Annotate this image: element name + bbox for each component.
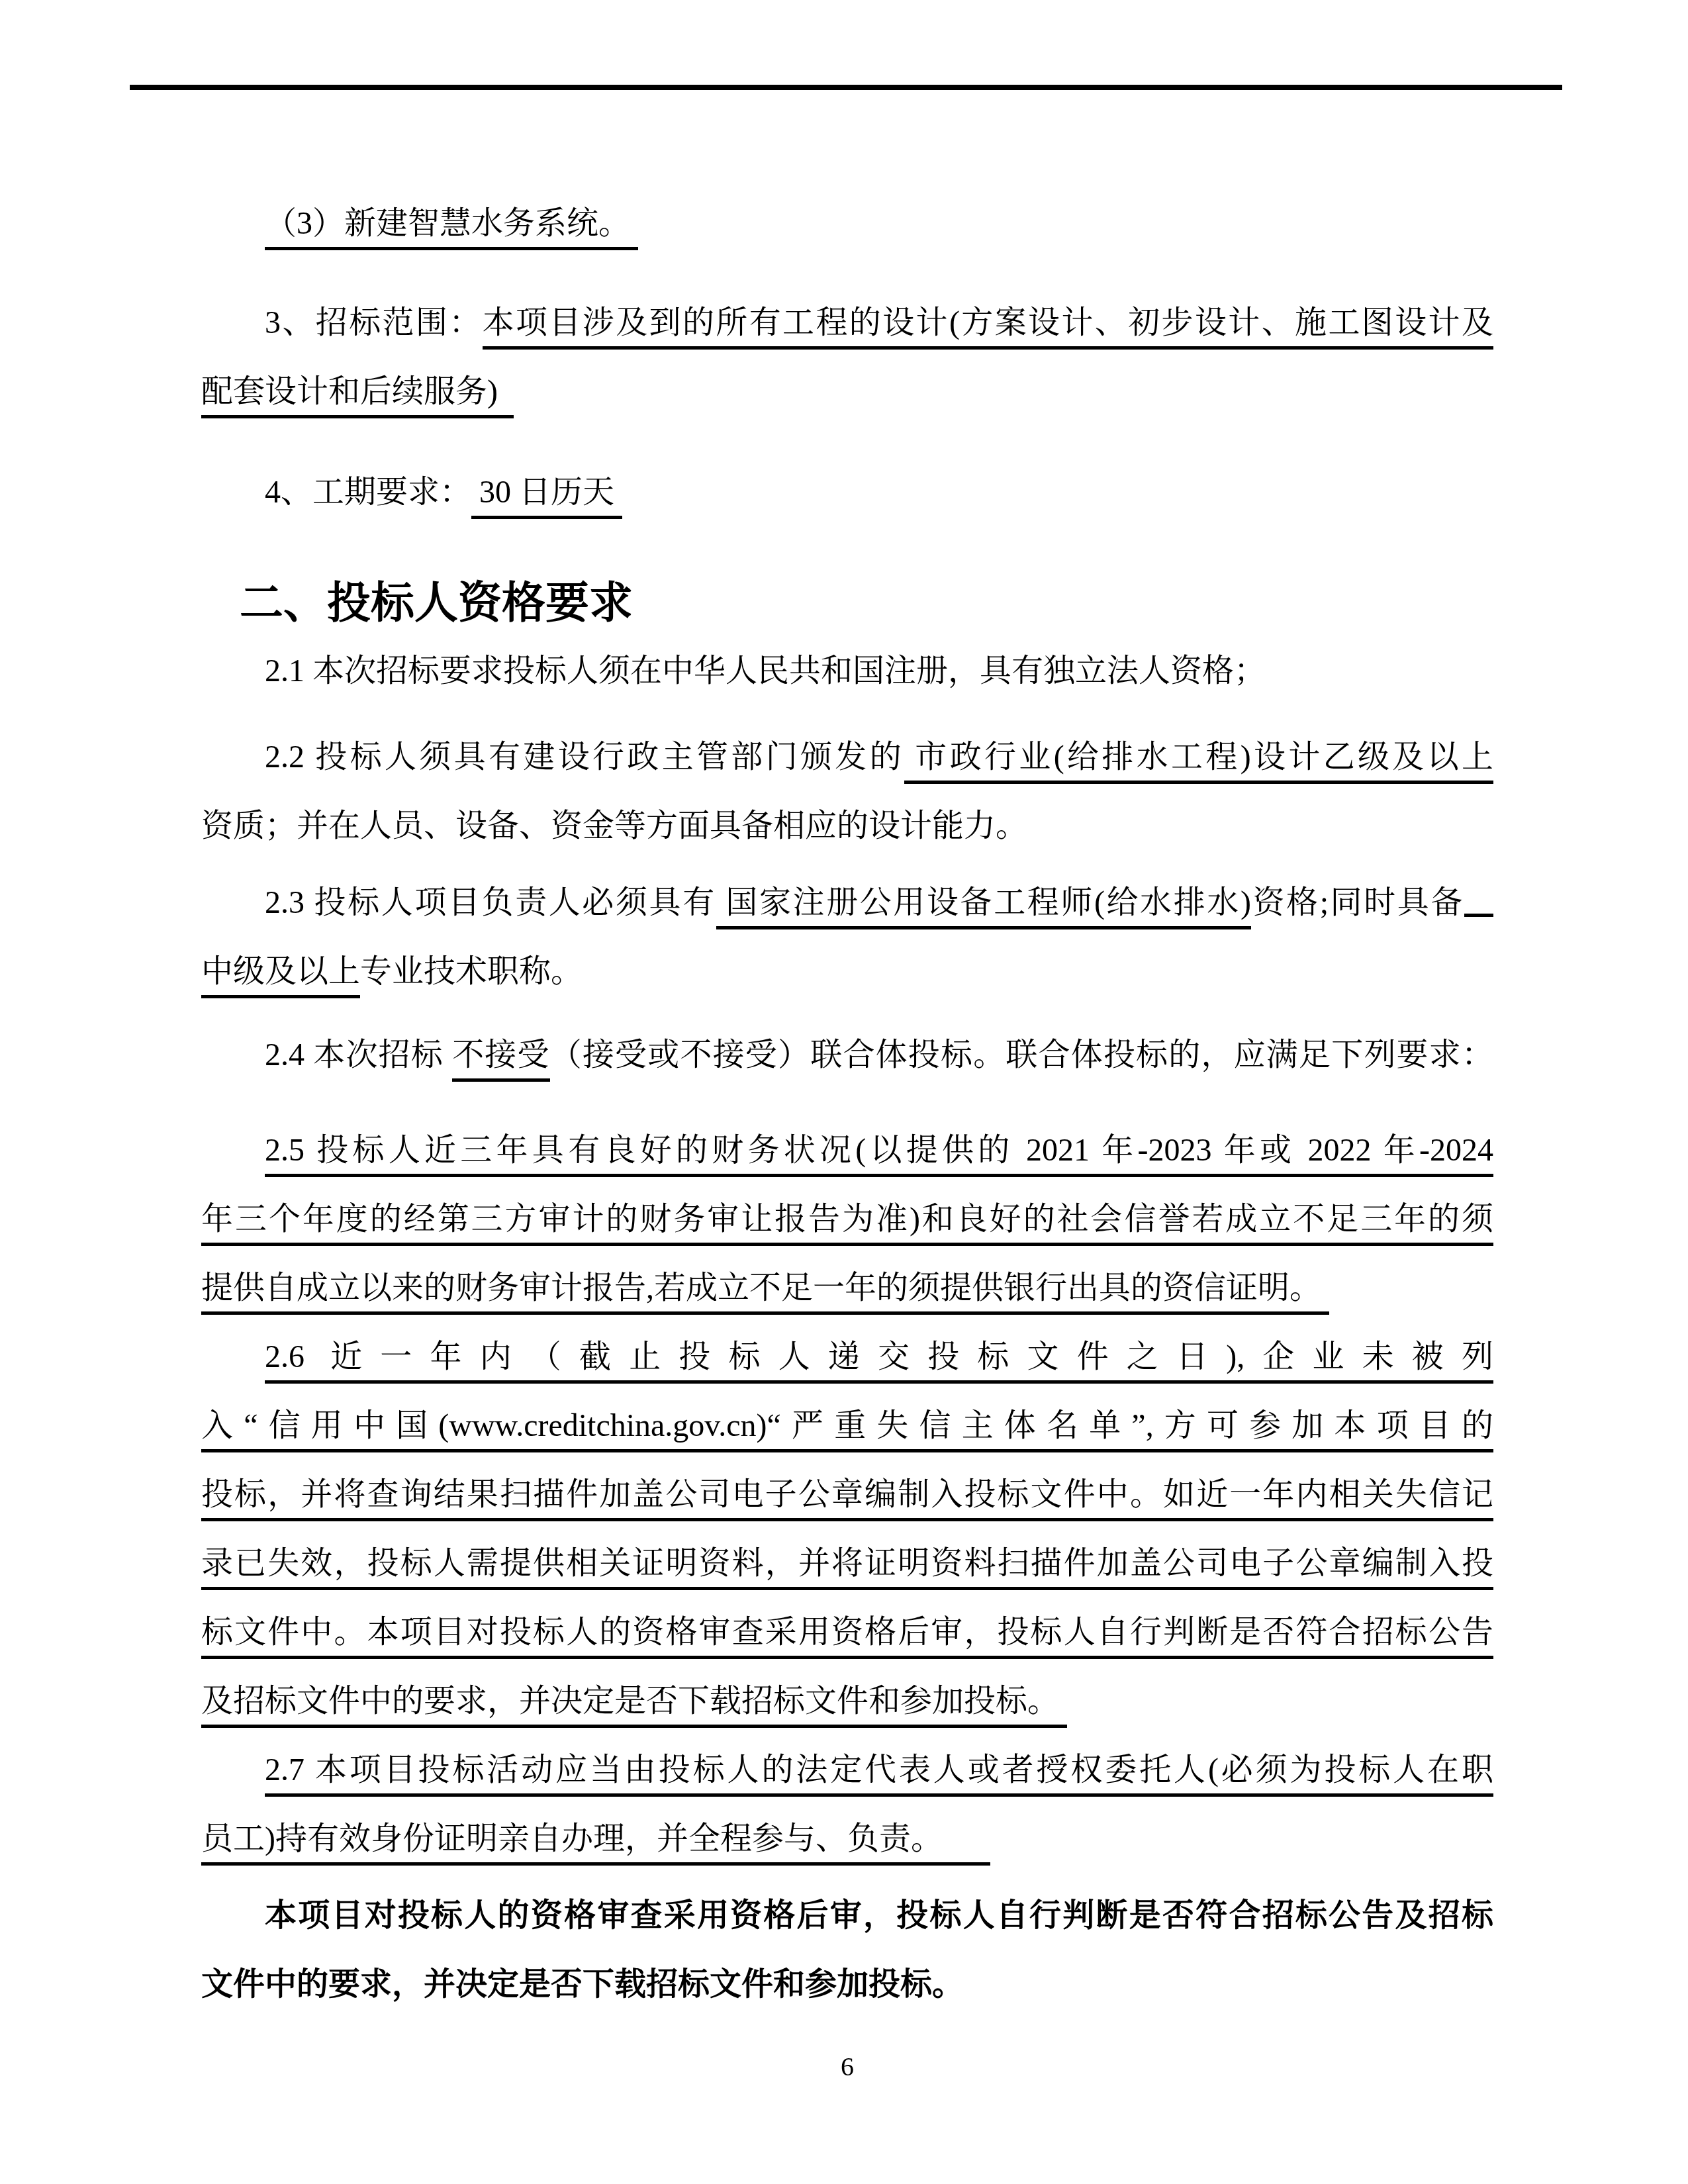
- clause-2-5-line1: 2.5 投标人近三年具有良好的财务状况(以提供的 2021 年-2023 年或 …: [201, 1116, 1493, 1185]
- underlined-text: 市政行业(给排水工程)设计乙级及以上: [904, 739, 1493, 784]
- underlined-text: 2.5 投标人近三年具有良好的财务状况(以提供的 2021 年-2023 年或 …: [265, 1133, 1493, 1177]
- clause-2-1: 2.1 本次招标要求投标人须在中华人民共和国注册，具有独立法人资格；: [201, 637, 1493, 706]
- underlined-text: 国家注册公用设备工程师(给水排水): [716, 885, 1251, 929]
- clause-2-7-line1: 2.7 本项目投标活动应当由投标人的法定代表人或者授权委托人(必须为投标人在职: [201, 1736, 1493, 1805]
- document-body: （3）新建智慧水务系统。 3、招标范围：本项目涉及到的所有工程的设计(方案设计、…: [201, 189, 1493, 2084]
- clause-2-2-line2: 资质；并在人员、设备、资金等方面具备相应的设计能力。: [201, 792, 1493, 861]
- underlined-text: 年三个年度的经第三方审计的财务审让报告为准)和良好的社会信誉若成立不足三年的须: [201, 1202, 1493, 1246]
- clause-2-6-line6: 及招标文件中的要求，并决定是否下载招标文件和参加投标。: [201, 1667, 1493, 1736]
- plain-text: 2.3 投标人项目负责人必须具有: [265, 885, 716, 920]
- plain-text: 资格;同时具备: [1251, 885, 1464, 920]
- plain-text: 2.2 投标人须具有建设行政主管部门颁发的: [265, 739, 904, 775]
- document-page: （3）新建智慧水务系统。 3、招标范围：本项目涉及到的所有工程的设计(方案设计、…: [0, 0, 1688, 2184]
- plain-text: 2.4 本次招标: [265, 1037, 452, 1072]
- underlined-text: 中级及以上: [201, 954, 360, 998]
- underlined-text: 本项目涉及到的所有工程的设计(方案设计、初步设计、施工图设计及: [483, 305, 1493, 350]
- clause-2-6-line2: 入“信用中国(www.creditchina.gov.cn)“严重失信主体名单”…: [201, 1392, 1493, 1460]
- underlined-text: 30 日历天: [471, 475, 622, 519]
- underlined-text: 2.7 本项目投标活动应当由投标人的法定代表人或者授权委托人(必须为投标人在职: [265, 1752, 1493, 1797]
- clause-2-4: 2.4 本次招标 不接受（接受或不接受）联合体投标。联合体投标的，应满足下列要求…: [201, 1021, 1493, 1090]
- clause-2-3-line2: 中级及以上专业技术职称。: [201, 937, 1493, 1006]
- fill-in-blank: [1464, 887, 1493, 917]
- clause-2-5-line2: 年三个年度的经第三方审计的财务审让报告为准)和良好的社会信誉若成立不足三年的须: [201, 1185, 1493, 1254]
- underlined-text: 2.6 近一年内（截止投标人递交投标文件之日),企业未被列: [265, 1339, 1493, 1384]
- header-rule: [130, 85, 1562, 90]
- underlined-text: 配套设计和后续服务): [201, 374, 514, 418]
- underlined-text: 不接受: [452, 1037, 550, 1082]
- clause-2-6-line5: 标文件中。本项目对投标人的资格审查采用资格后审，投标人自行判断是否符合招标公告: [201, 1598, 1493, 1667]
- qualification-note-line2: 文件中的要求，并决定是否下载招标文件和参加投标。: [201, 1950, 1493, 2019]
- section-2-heading: 二、投标人资格要求: [201, 571, 1493, 637]
- clause-2-3-line1: 2.3 投标人项目负责人必须具有 国家注册公用设备工程师(给水排水)资格;同时具…: [201, 869, 1493, 937]
- clause-2-5-line3: 提供自成立以来的财务审计报告,若成立不足一年的须提供银行出具的资信证明。: [201, 1254, 1493, 1323]
- clause-2-2-line1: 2.2 投标人须具有建设行政主管部门颁发的 市政行业(给排水工程)设计乙级及以上: [201, 723, 1493, 792]
- underlined-text: 录已失效，投标人需提供相关证明资料，并将证明资料扫描件加盖公司电子公章编制入投: [201, 1546, 1493, 1590]
- plain-text: 专业技术职称。: [360, 954, 583, 989]
- clause-3-scope-line2: 配套设计和后续服务): [201, 357, 1493, 426]
- qualification-note-line1: 本项目对投标人的资格审查采用资格后审，投标人自行判断是否符合招标公告及招标: [201, 1881, 1493, 1950]
- underlined-text: 入“信用中国(www.creditchina.gov.cn)“严重失信主体名单”…: [201, 1408, 1493, 1452]
- plain-text: （接受或不接受）联合体投标。联合体投标的，应满足下列要求：: [550, 1037, 1493, 1072]
- underlined-text: 标文件中。本项目对投标人的资格审查采用资格后审，投标人自行判断是否符合招标公告: [201, 1615, 1493, 1659]
- clause-2-6-line3: 投标，并将查询结果扫描件加盖公司电子公章编制入投标文件中。如近一年内相关失信记: [201, 1460, 1493, 1529]
- underlined-text: 员工)持有效身份证明亲自办理，并全程参与、负责。: [201, 1821, 990, 1866]
- underlined-text: 及招标文件中的要求，并决定是否下载招标文件和参加投标。: [201, 1684, 1067, 1728]
- plain-text: 3、招标范围：: [265, 305, 483, 340]
- underlined-text: 投标，并将查询结果扫描件加盖公司电子公章编制入投标文件中。如近一年内相关失信记: [201, 1477, 1493, 1521]
- page-number: 6: [201, 2050, 1493, 2084]
- clause-2-6-line1: 2.6 近一年内（截止投标人递交投标文件之日),企业未被列: [201, 1323, 1493, 1392]
- clause-2-6-line4: 录已失效，投标人需提供相关证明资料，并将证明资料扫描件加盖公司电子公章编制入投: [201, 1529, 1493, 1598]
- clause-3-scope-line1: 3、招标范围：本项目涉及到的所有工程的设计(方案设计、初步设计、施工图设计及: [201, 289, 1493, 357]
- underlined-text: 提供自成立以来的财务审计报告,若成立不足一年的须提供银行出具的资信证明。: [201, 1270, 1329, 1315]
- clause-4-duration: 4、工期要求： 30 日历天: [201, 458, 1493, 527]
- plain-text: 4、工期要求：: [265, 475, 471, 510]
- item-3-new-smart-water: （3）新建智慧水务系统。: [201, 189, 1493, 258]
- clause-2-7-line2: 员工)持有效身份证明亲自办理，并全程参与、负责。: [201, 1805, 1493, 1874]
- underlined-text: （3）新建智慧水务系统。: [265, 206, 638, 250]
